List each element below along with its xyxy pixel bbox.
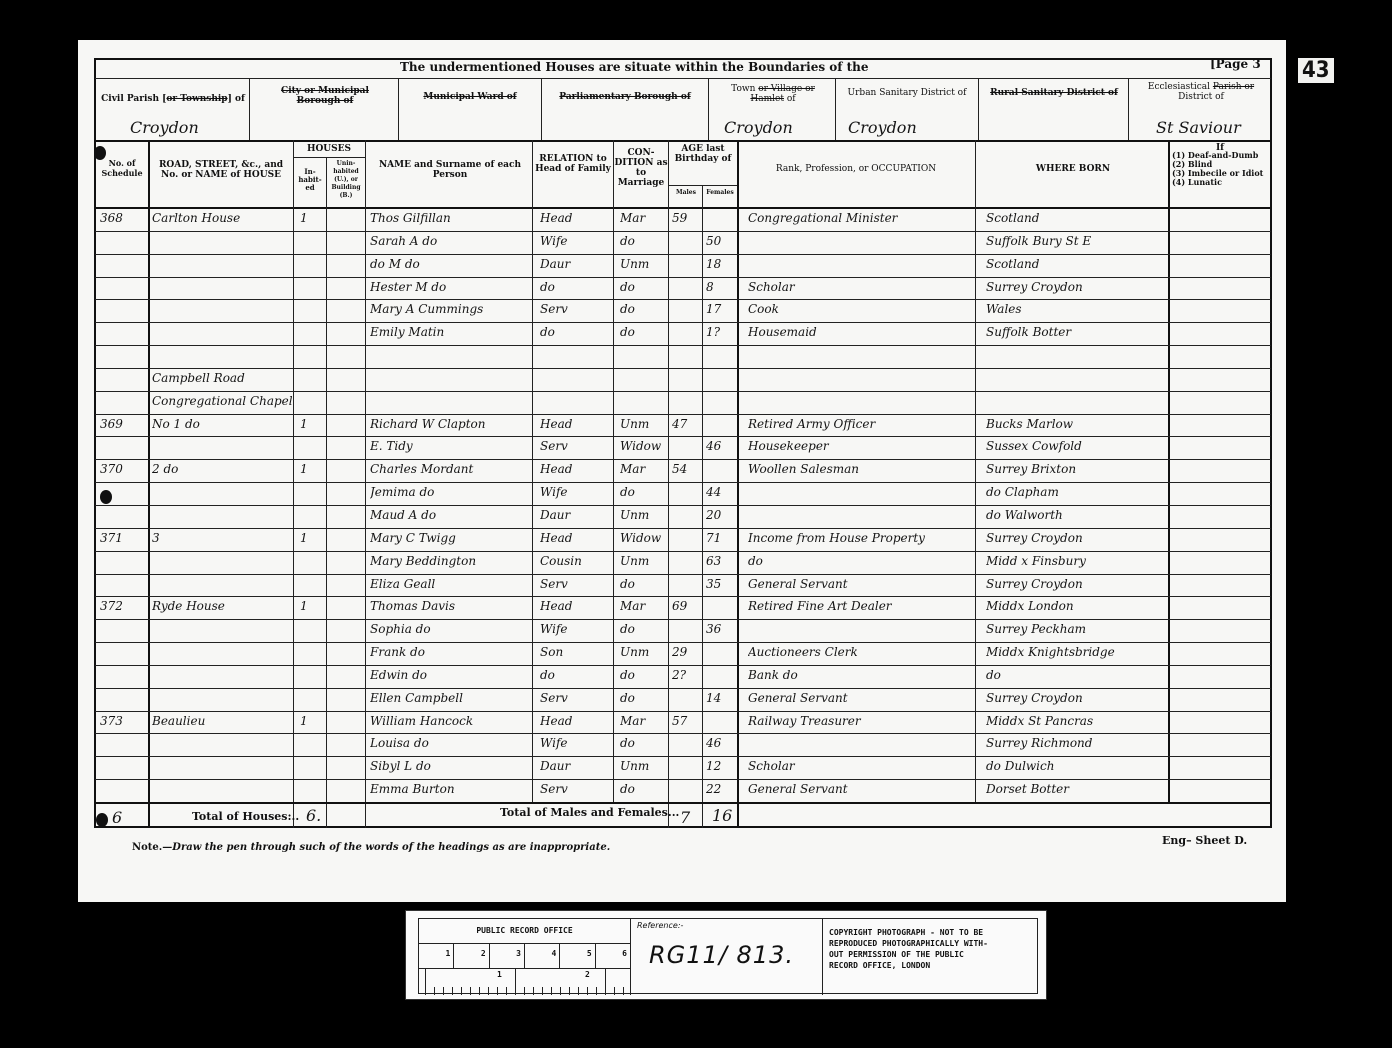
condition-cell: do	[620, 736, 668, 750]
occupation-cell: Auctioneers Clerk	[748, 645, 974, 659]
condition-cell: Mar	[620, 211, 668, 225]
form-note: Note.—Draw the pen through such of the w…	[132, 842, 610, 853]
female-age-cell: 17	[706, 302, 736, 316]
male-age-cell: 59	[672, 211, 702, 225]
col-females-header: Females	[703, 188, 737, 198]
address-cell: Campbell Road	[152, 371, 292, 385]
where-born-cell: Midd x Finsbury	[986, 554, 1168, 568]
where-born-cell: Middx London	[986, 599, 1168, 613]
female-age-cell: 8	[706, 280, 736, 294]
ecclesiastical-value: St Saviour	[1156, 118, 1241, 137]
name-cell: Mary A Cummings	[370, 302, 530, 316]
female-age-cell: 20	[706, 508, 736, 522]
where-born-cell: Bucks Marlow	[986, 417, 1168, 431]
name-cell: Hester M do	[370, 280, 530, 294]
condition-cell: do	[620, 302, 668, 316]
municipal-ward-label: Municipal Ward of	[405, 92, 535, 102]
female-age-cell: 46	[706, 736, 736, 750]
condition-cell: do	[620, 782, 668, 796]
address-cell: Carlton House	[152, 211, 292, 225]
where-born-cell: Dorset Botter	[986, 782, 1168, 796]
occupation-cell: Cook	[748, 302, 974, 316]
row-divider	[95, 551, 1271, 552]
name-cell: Maud A do	[370, 508, 530, 522]
schedule-cell: 371	[100, 531, 146, 545]
occupation-cell: Congregational Minister	[748, 211, 974, 225]
name-cell: Sophia do	[370, 622, 530, 636]
name-cell: Jemima do	[370, 485, 530, 499]
row-divider	[95, 345, 1271, 346]
parliamentary-borough-label: Parliamentary Borough of	[545, 92, 705, 102]
reference-value: RG11/ 813.	[649, 941, 794, 969]
female-age-cell: 44	[706, 485, 736, 499]
name-cell: Sarah A do	[370, 234, 530, 248]
public-record-office-stamp: PUBLIC RECORD OFFICE 123456 1 2 Referenc…	[405, 910, 1047, 1000]
address-cell: 3	[152, 531, 292, 545]
row-divider	[95, 322, 1271, 323]
office-name: PUBLIC RECORD OFFICE	[419, 919, 630, 944]
condition-cell: do	[620, 234, 668, 248]
relation-cell: Serv	[540, 782, 612, 796]
female-age-cell: 1?	[706, 325, 736, 339]
name-cell: E. Tidy	[370, 439, 530, 453]
condition-cell: Mar	[620, 462, 668, 476]
occupation-cell: Bank do	[748, 668, 974, 682]
where-born-cell: do Clapham	[986, 485, 1168, 499]
ink-blot	[96, 813, 108, 827]
occupation-cell: General Servant	[748, 782, 974, 796]
relation-cell: do	[540, 280, 612, 294]
name-cell: Edwin do	[370, 668, 530, 682]
col-occupation-header: Rank, Profession, or OCCUPATION	[740, 164, 972, 174]
page-label: [Page 3	[1210, 57, 1261, 71]
reference-label: Reference:-	[637, 921, 683, 930]
relation-cell: Head	[540, 462, 612, 476]
where-born-cell: Middx Knightsbridge	[986, 645, 1168, 659]
where-born-cell: Surrey Croydon	[986, 531, 1168, 545]
col-schedule-header: No. of Schedule	[97, 158, 147, 178]
name-cell: Richard W Clapton	[370, 417, 530, 431]
where-born-cell: do	[986, 668, 1168, 682]
where-born-cell: Surrey Croydon	[986, 280, 1168, 294]
town-value: Croydon	[724, 118, 793, 137]
relation-cell: Serv	[540, 577, 612, 591]
name-cell: Mary C Twigg	[370, 531, 530, 545]
condition-cell: do	[620, 325, 668, 339]
relation-cell: Head	[540, 417, 612, 431]
col-uninhabited-header: Unin-habited (U.), or Building (B.)	[327, 160, 365, 200]
col-inhabited-header: In-habit-ed	[294, 168, 326, 192]
where-born-cell: Suffolk Botter	[986, 325, 1168, 339]
where-born-cell: Surrey Richmond	[986, 736, 1168, 750]
inhabited-cell: 1	[300, 599, 324, 613]
inhabited-cell: 1	[300, 714, 324, 728]
male-age-cell: 2?	[672, 668, 702, 682]
male-age-cell: 29	[672, 645, 702, 659]
occupation-cell: Railway Treasurer	[748, 714, 974, 728]
name-cell: Emily Matin	[370, 325, 530, 339]
condition-cell: Unm	[620, 257, 668, 271]
where-born-cell: Middx St Pancras	[986, 714, 1168, 728]
relation-cell: Wife	[540, 622, 612, 636]
row-divider	[95, 665, 1271, 666]
relation-cell: do	[540, 668, 612, 682]
where-born-cell: do Walworth	[986, 508, 1168, 522]
name-cell: Sibyl L do	[370, 759, 530, 773]
row-divider	[95, 299, 1271, 300]
relation-cell: Daur	[540, 508, 612, 522]
schedules-tally: 6	[112, 808, 122, 827]
condition-cell: Mar	[620, 599, 668, 613]
condition-cell: do	[620, 485, 668, 499]
relation-cell: Serv	[540, 691, 612, 705]
where-born-cell: Surrey Peckham	[986, 622, 1168, 636]
row-divider	[95, 574, 1271, 575]
female-age-cell: 22	[706, 782, 736, 796]
schedule-cell: 372	[100, 599, 146, 613]
row-divider	[95, 436, 1271, 437]
female-age-cell: 63	[706, 554, 736, 568]
name-cell: Ellen Campbell	[370, 691, 530, 705]
occupation-cell: Retired Army Officer	[748, 417, 974, 431]
rural-sanitary-label: Rural Sanitary District of	[982, 88, 1126, 98]
occupation-cell: General Servant	[748, 577, 974, 591]
name-cell: Thomas Davis	[370, 599, 530, 613]
civil-parish-label: Civil Parish [or Township] of	[100, 94, 246, 104]
occupation-cell: Scholar	[748, 280, 974, 294]
row-divider	[95, 711, 1271, 712]
name-cell: Mary Beddington	[370, 554, 530, 568]
row-divider	[95, 459, 1271, 460]
row-divider	[95, 231, 1271, 232]
occupation-cell: Scholar	[748, 759, 974, 773]
total-females-value: 16	[712, 806, 732, 825]
row-divider	[95, 368, 1271, 369]
inhabited-cell: 1	[300, 531, 324, 545]
name-cell: do M do	[370, 257, 530, 271]
row-divider	[95, 505, 1271, 506]
col-infirmity-header: (1) Deaf-and-Dumb (2) Blind (3) Imbecile…	[1172, 151, 1272, 187]
row-divider	[95, 414, 1271, 415]
schedule-cell: 373	[100, 714, 146, 728]
where-born-cell: Scotland	[986, 257, 1168, 271]
condition-cell: Widow	[620, 531, 668, 545]
urban-sanitary-value: Croydon	[848, 118, 917, 137]
row-divider	[95, 642, 1271, 643]
relation-cell: Serv	[540, 439, 612, 453]
condition-cell: do	[620, 668, 668, 682]
address-cell: Congregational Chapel	[152, 394, 292, 408]
name-cell: Frank do	[370, 645, 530, 659]
condition-cell: Unm	[620, 417, 668, 431]
where-born-cell: Surrey Croydon	[986, 577, 1168, 591]
relation-cell: Wife	[540, 485, 612, 499]
ecclesiastical-label: Ecclesiastical Parish or District of	[1132, 82, 1270, 102]
relation-cell: do	[540, 325, 612, 339]
relation-cell: Wife	[540, 736, 612, 750]
relation-cell: Head	[540, 599, 612, 613]
male-age-cell: 69	[672, 599, 702, 613]
relation-cell: Daur	[540, 257, 612, 271]
inhabited-cell: 1	[300, 462, 324, 476]
schedule-cell: 368	[100, 211, 146, 225]
name-cell: Thos Gilfillan	[370, 211, 530, 225]
total-houses-value: 6.	[306, 806, 321, 825]
row-divider	[95, 528, 1271, 529]
ruler-cm: 123456	[419, 944, 630, 969]
row-divider	[95, 254, 1271, 255]
col-where-born-header: WHERE BORN	[978, 164, 1168, 174]
condition-cell: do	[620, 280, 668, 294]
form-title: The undermentioned Houses are situate wi…	[400, 60, 1000, 74]
relation-cell: Son	[540, 645, 612, 659]
condition-cell: Unm	[620, 554, 668, 568]
occupation-cell: Retired Fine Art Dealer	[748, 599, 974, 613]
col-condition-header: CON-DITION as to Marriage	[614, 148, 668, 188]
occupation-cell: General Servant	[748, 691, 974, 705]
row-divider	[95, 779, 1271, 780]
name-cell: Charles Mordant	[370, 462, 530, 476]
occupation-cell: do	[748, 554, 974, 568]
occupation-cell: Housekeeper	[748, 439, 974, 453]
copyright-notice: COPYRIGHT PHOTOGRAPH - NOT TO BE REPRODU…	[823, 919, 1039, 995]
occupation-cell: Housemaid	[748, 325, 974, 339]
col-address-header: ROAD, STREET, &c., and No. or NAME of HO…	[150, 160, 292, 180]
female-age-cell: 71	[706, 531, 736, 545]
condition-cell: Widow	[620, 439, 668, 453]
col-name-header: NAME and Surname of each Person	[370, 160, 530, 180]
relation-cell: Daur	[540, 759, 612, 773]
female-age-cell: 46	[706, 439, 736, 453]
female-age-cell: 35	[706, 577, 736, 591]
address-cell: 2 do	[152, 462, 292, 476]
row-divider	[95, 733, 1271, 734]
occupation-cell: Income from House Property	[748, 531, 974, 545]
relation-cell: Wife	[540, 234, 612, 248]
relation-cell: Head	[540, 714, 612, 728]
inhabited-cell: 1	[300, 417, 324, 431]
address-cell: No 1 do	[152, 417, 292, 431]
folio-number: 43	[1298, 58, 1334, 83]
female-age-cell: 36	[706, 622, 736, 636]
inhabited-cell: 1	[300, 211, 324, 225]
row-divider	[95, 619, 1271, 620]
name-cell: William Hancock	[370, 714, 530, 728]
civil-parish-value: Croydon	[130, 118, 199, 137]
row-divider	[95, 482, 1271, 483]
row-divider	[95, 756, 1271, 757]
col-males-header: Males	[670, 188, 702, 198]
condition-cell: Unm	[620, 508, 668, 522]
male-age-cell: 54	[672, 462, 702, 476]
name-cell: Eliza Geall	[370, 577, 530, 591]
where-born-cell: do Dulwich	[986, 759, 1168, 773]
col-relation-header: RELATION to Head of Family	[534, 154, 612, 174]
female-age-cell: 14	[706, 691, 736, 705]
where-born-cell: Wales	[986, 302, 1168, 316]
condition-cell: do	[620, 577, 668, 591]
row-divider	[95, 688, 1271, 689]
relation-cell: Head	[540, 211, 612, 225]
where-born-cell: Suffolk Bury St E	[986, 234, 1168, 248]
address-cell: Beaulieu	[152, 714, 292, 728]
male-age-cell: 47	[672, 417, 702, 431]
ink-blot	[100, 490, 112, 504]
female-age-cell: 50	[706, 234, 736, 248]
col-houses-header: HOUSES	[294, 144, 364, 154]
urban-sanitary-label: Urban Sanitary District of	[838, 88, 976, 98]
row-divider	[95, 596, 1271, 597]
ink-blot	[94, 146, 106, 160]
sheet-id: Eng– Sheet D.	[1162, 834, 1247, 847]
name-cell: Louisa do	[370, 736, 530, 750]
total-males-value: 7	[680, 808, 690, 827]
schedule-cell: 369	[100, 417, 146, 431]
row-divider	[95, 277, 1271, 278]
where-born-cell: Surrey Brixton	[986, 462, 1168, 476]
col-age-header: AGE last Birthday of	[670, 144, 736, 164]
female-age-cell: 18	[706, 257, 736, 271]
female-age-cell: 12	[706, 759, 736, 773]
male-age-cell: 57	[672, 714, 702, 728]
where-born-cell: Scotland	[986, 211, 1168, 225]
condition-cell: do	[620, 622, 668, 636]
municipal-borough-label: City or Municipal Borough of	[258, 86, 392, 106]
row-divider	[95, 391, 1271, 392]
condition-cell: do	[620, 691, 668, 705]
total-persons-label: Total of Males and Females...	[500, 806, 679, 819]
relation-cell: Serv	[540, 302, 612, 316]
ruler-inches: 1 2	[419, 969, 630, 995]
relation-cell: Head	[540, 531, 612, 545]
occupation-cell: Woollen Salesman	[748, 462, 974, 476]
schedule-cell: 370	[100, 462, 146, 476]
total-houses-label: Total of Houses:..	[192, 810, 299, 823]
address-cell: Ryde House	[152, 599, 292, 613]
where-born-cell: Surrey Croydon	[986, 691, 1168, 705]
where-born-cell: Sussex Cowfold	[986, 439, 1168, 453]
condition-cell: Mar	[620, 714, 668, 728]
name-cell: Emma Burton	[370, 782, 530, 796]
town-label: Town or Village or Hamlet of	[714, 84, 832, 104]
condition-cell: Unm	[620, 645, 668, 659]
condition-cell: Unm	[620, 759, 668, 773]
relation-cell: Cousin	[540, 554, 612, 568]
